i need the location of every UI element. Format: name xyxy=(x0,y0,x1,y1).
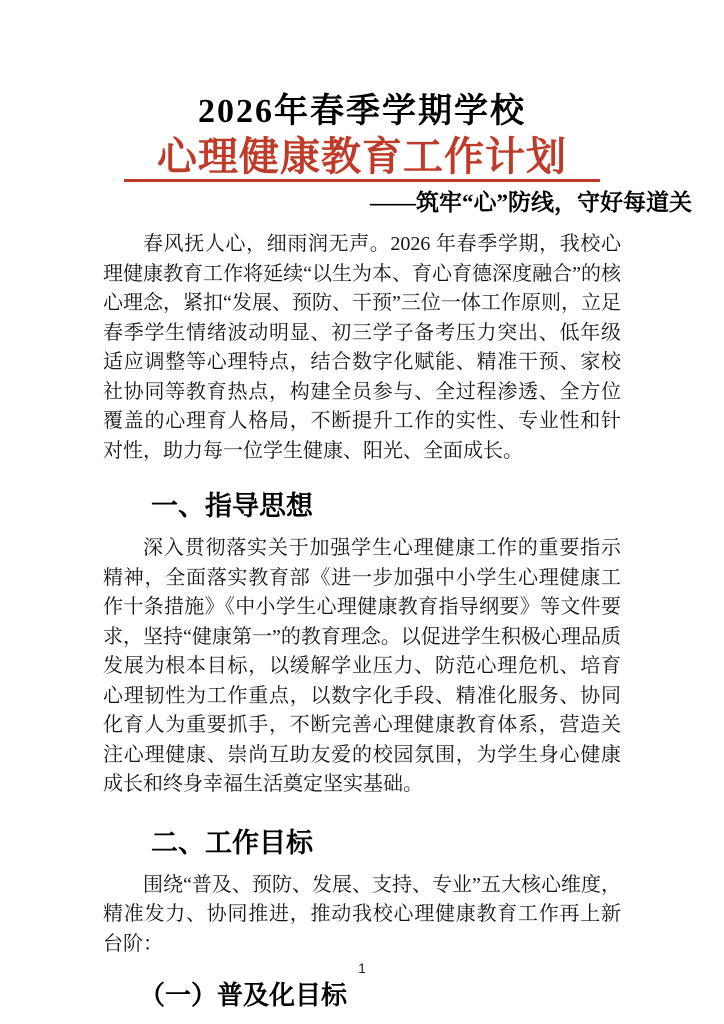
document-title-line1: 2026年春季学期学校 xyxy=(0,90,724,134)
section-heading-guiding-ideology: 一、指导思想 xyxy=(103,489,621,523)
section-paragraph-guiding-ideology: 深入贯彻落实关于加强学生心理健康工作的重要指示精神，全面落实教育部《进一步加强中… xyxy=(103,534,621,800)
section-heading-work-goals: 二、工作目标 xyxy=(103,826,621,860)
subsection-heading-popularization-goal: （一）普及化目标 xyxy=(103,979,621,1013)
document-subtitle: ——筑牢“心”防线，守好每道关 xyxy=(0,189,724,217)
document-page: 2026年春季学期学校 心理健康教育工作计划 ——筑牢“心”防线，守好每道关 春… xyxy=(0,0,724,1024)
document-title-line2-red-underlined: 心理健康教育工作计划 xyxy=(124,136,600,182)
intro-paragraph: 春风抚人心，细雨润无声。2026 年春季学期，我校心理健康教育工作将延续“以生为… xyxy=(103,230,621,466)
document-body: 春风抚人心，细雨润无声。2026 年春季学期，我校心理健康教育工作将延续“以生为… xyxy=(103,230,621,1013)
page-number: 1 xyxy=(0,960,724,976)
section-paragraph-work-goals: 围绕“普及、预防、发展、支持、专业”五大核心维度，精准发力、协同推进，推动我校心… xyxy=(103,871,621,960)
